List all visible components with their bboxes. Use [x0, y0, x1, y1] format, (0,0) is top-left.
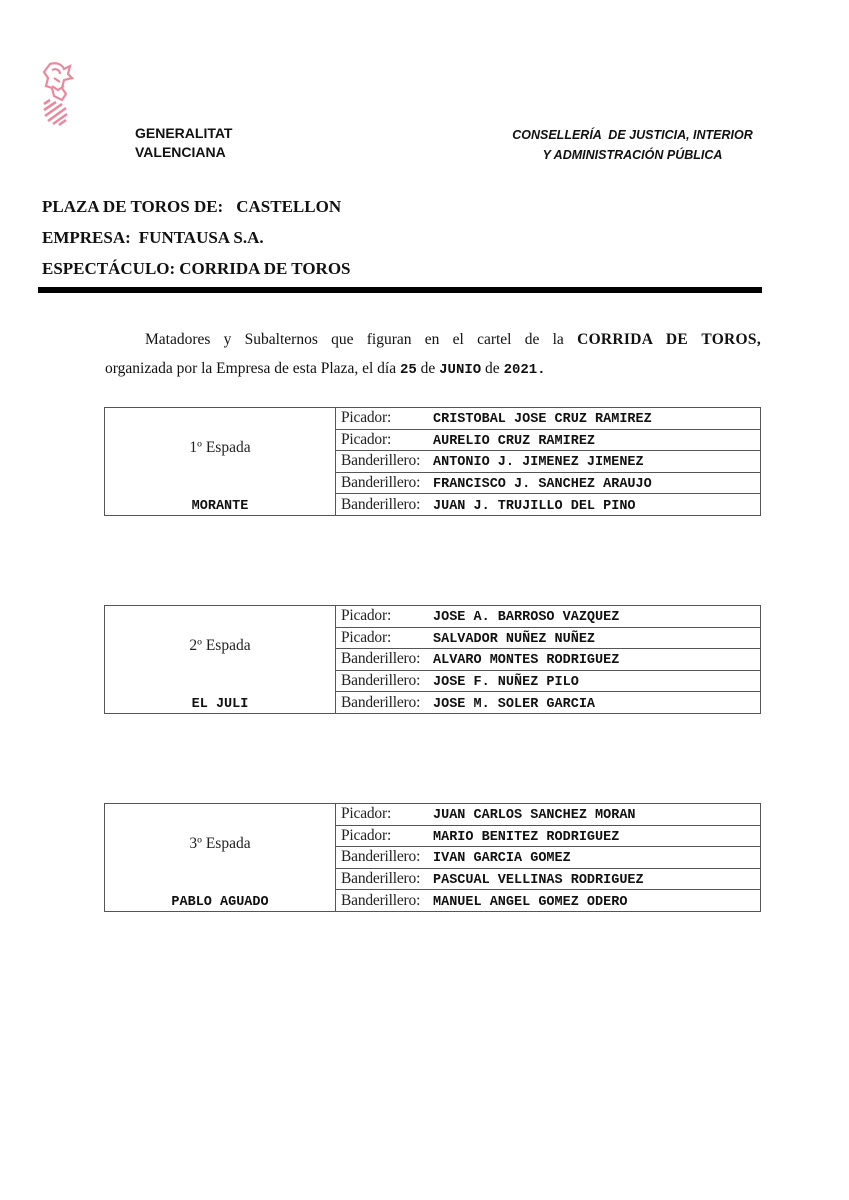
table-row: 2º Espada EL JULI Picador:JOSE A. BARROS…	[105, 606, 761, 628]
plaza-label: PLAZA DE TOROS DE:	[42, 197, 223, 216]
member-name: JOSE A. BARROSO VAZQUEZ	[433, 610, 619, 625]
role-label: Picador:	[341, 431, 433, 449]
intro-event-type: CORRIDA DE TOROS,	[577, 331, 761, 348]
member-name: PASCUAL VELLINAS RODRIGUEZ	[433, 873, 644, 888]
header-divider	[38, 287, 762, 293]
generalitat-logo-icon	[40, 60, 80, 130]
role-label: Banderillero:	[341, 496, 433, 514]
matador-name: PABLO AGUADO	[105, 895, 335, 910]
empresa-line: EMPRESA:FUNTAUSA S.A.	[42, 228, 264, 248]
role-label: Banderillero:	[341, 474, 433, 492]
member-name: JOSE F. NUÑEZ PILO	[433, 675, 579, 690]
event-day: 25	[400, 362, 417, 378]
espada-table-3: 3º Espada PABLO AGUADO Picador:JUAN CARL…	[104, 803, 761, 912]
role-label: Picador:	[341, 805, 433, 823]
cuadrilla-cell: Picador:JOSE A. BARROSO VAZQUEZ	[336, 606, 761, 628]
member-name: SALVADOR NUÑEZ NUÑEZ	[433, 632, 595, 647]
cuadrilla-cell: Banderillero:ALVARO MONTES RODRIGUEZ	[336, 649, 761, 671]
role-label: Banderillero:	[341, 870, 433, 888]
intro-text-3: de	[417, 360, 439, 377]
member-name: IVAN GARCIA GOMEZ	[433, 851, 571, 866]
member-name: AURELIO CRUZ RAMIREZ	[433, 434, 595, 449]
cuadrilla-cell: Banderillero:JUAN J. TRUJILLO DEL PINO	[336, 494, 761, 516]
espada-table-2: 2º Espada EL JULI Picador:JOSE A. BARROS…	[104, 605, 761, 714]
plaza-value: CASTELLON	[236, 197, 341, 216]
table-row: 3º Espada PABLO AGUADO Picador:JUAN CARL…	[105, 804, 761, 826]
dept-line-2: Y ADMINISTRACIÓN PÚBLICA	[510, 145, 755, 165]
member-name: CRISTOBAL JOSE CRUZ RAMIREZ	[433, 412, 652, 427]
empresa-label: EMPRESA:	[42, 228, 131, 247]
role-label: Banderillero:	[341, 452, 433, 470]
role-label: Banderillero:	[341, 848, 433, 866]
cuadrilla-cell: Banderillero:IVAN GARCIA GOMEZ	[336, 847, 761, 869]
cuadrilla-cell: Banderillero:JOSE M. SOLER GARCIA	[336, 692, 761, 714]
espectaculo-value: CORRIDA DE TOROS	[179, 259, 350, 278]
role-label: Banderillero:	[341, 650, 433, 668]
member-name: JUAN J. TRUJILLO DEL PINO	[433, 499, 636, 514]
cuadrilla-cell: Picador:JUAN CARLOS SANCHEZ MORAN	[336, 804, 761, 826]
org-name: GENERALITAT VALENCIANA	[135, 124, 232, 162]
intro-line-2: organizada por la Empresa de esta Plaza,…	[105, 354, 761, 385]
member-name: JOSE M. SOLER GARCIA	[433, 697, 595, 712]
intro-paragraph: Matadores y Subalternos que figuran en e…	[105, 325, 761, 385]
cuadrilla-cell: Banderillero:MANUEL ANGEL GOMEZ ODERO	[336, 890, 761, 912]
org-line-1: GENERALITAT	[135, 124, 232, 143]
member-name: ALVARO MONTES RODRIGUEZ	[433, 653, 619, 668]
role-label: Picador:	[341, 629, 433, 647]
intro-text: Matadores y Subalternos que figuran en e…	[145, 331, 577, 348]
cuadrilla-cell: Picador:MARIO BENITEZ RODRIGUEZ	[336, 825, 761, 847]
plaza-line: PLAZA DE TOROS DE:CASTELLON	[42, 197, 341, 217]
matador-name: MORANTE	[105, 499, 335, 514]
cuadrilla-cell: Picador:CRISTOBAL JOSE CRUZ RAMIREZ	[336, 408, 761, 430]
member-name: MARIO BENITEZ RODRIGUEZ	[433, 830, 619, 845]
role-label: Banderillero:	[341, 694, 433, 712]
org-line-2: VALENCIANA	[135, 143, 232, 162]
cuadrilla-cell: Banderillero:JOSE F. NUÑEZ PILO	[336, 670, 761, 692]
matador-cell: 2º Espada EL JULI	[105, 606, 336, 714]
member-name: JUAN CARLOS SANCHEZ MORAN	[433, 808, 636, 823]
role-label: Banderillero:	[341, 672, 433, 690]
cuadrilla-cell: Banderillero:FRANCISCO J. SANCHEZ ARAUJO	[336, 472, 761, 494]
matador-cell: 1º Espada MORANTE	[105, 408, 336, 516]
espada-label: 2º Espada	[105, 637, 335, 655]
espada-label: 1º Espada	[105, 439, 335, 457]
cuadrilla-cell: Banderillero:PASCUAL VELLINAS RODRIGUEZ	[336, 868, 761, 890]
matador-cell: 3º Espada PABLO AGUADO	[105, 804, 336, 912]
event-month: JUNIO	[439, 362, 481, 378]
member-name: MANUEL ANGEL GOMEZ ODERO	[433, 895, 627, 910]
matador-name: EL JULI	[105, 697, 335, 712]
cuadrilla-cell: Picador:AURELIO CRUZ RAMIREZ	[336, 429, 761, 451]
member-name: ANTONIO J. JIMENEZ JIMENEZ	[433, 455, 644, 470]
table-row: 1º Espada MORANTE Picador:CRISTOBAL JOSE…	[105, 408, 761, 430]
cuadrilla-cell: Banderillero:ANTONIO J. JIMENEZ JIMENEZ	[336, 451, 761, 473]
espada-table-1: 1º Espada MORANTE Picador:CRISTOBAL JOSE…	[104, 407, 761, 516]
role-label: Picador:	[341, 409, 433, 427]
intro-text-2: organizada por la Empresa de esta Plaza,…	[105, 360, 400, 377]
member-name: FRANCISCO J. SANCHEZ ARAUJO	[433, 477, 652, 492]
event-year: 2021.	[504, 362, 546, 378]
cuadrilla-cell: Picador:SALVADOR NUÑEZ NUÑEZ	[336, 627, 761, 649]
intro-line-1: Matadores y Subalternos que figuran en e…	[105, 325, 761, 354]
role-label: Banderillero:	[341, 892, 433, 910]
role-label: Picador:	[341, 607, 433, 625]
espectaculo-label: ESPECTÁCULO:	[42, 259, 175, 278]
dept-line-1: CONSELLERÍA DE JUSTICIA, INTERIOR	[510, 125, 755, 145]
intro-text-4: de	[481, 360, 503, 377]
department-name: CONSELLERÍA DE JUSTICIA, INTERIOR Y ADMI…	[510, 125, 755, 165]
empresa-value: FUNTAUSA S.A.	[139, 228, 264, 247]
espada-label: 3º Espada	[105, 835, 335, 853]
role-label: Picador:	[341, 827, 433, 845]
espectaculo-line: ESPECTÁCULO:CORRIDA DE TOROS	[42, 259, 351, 279]
